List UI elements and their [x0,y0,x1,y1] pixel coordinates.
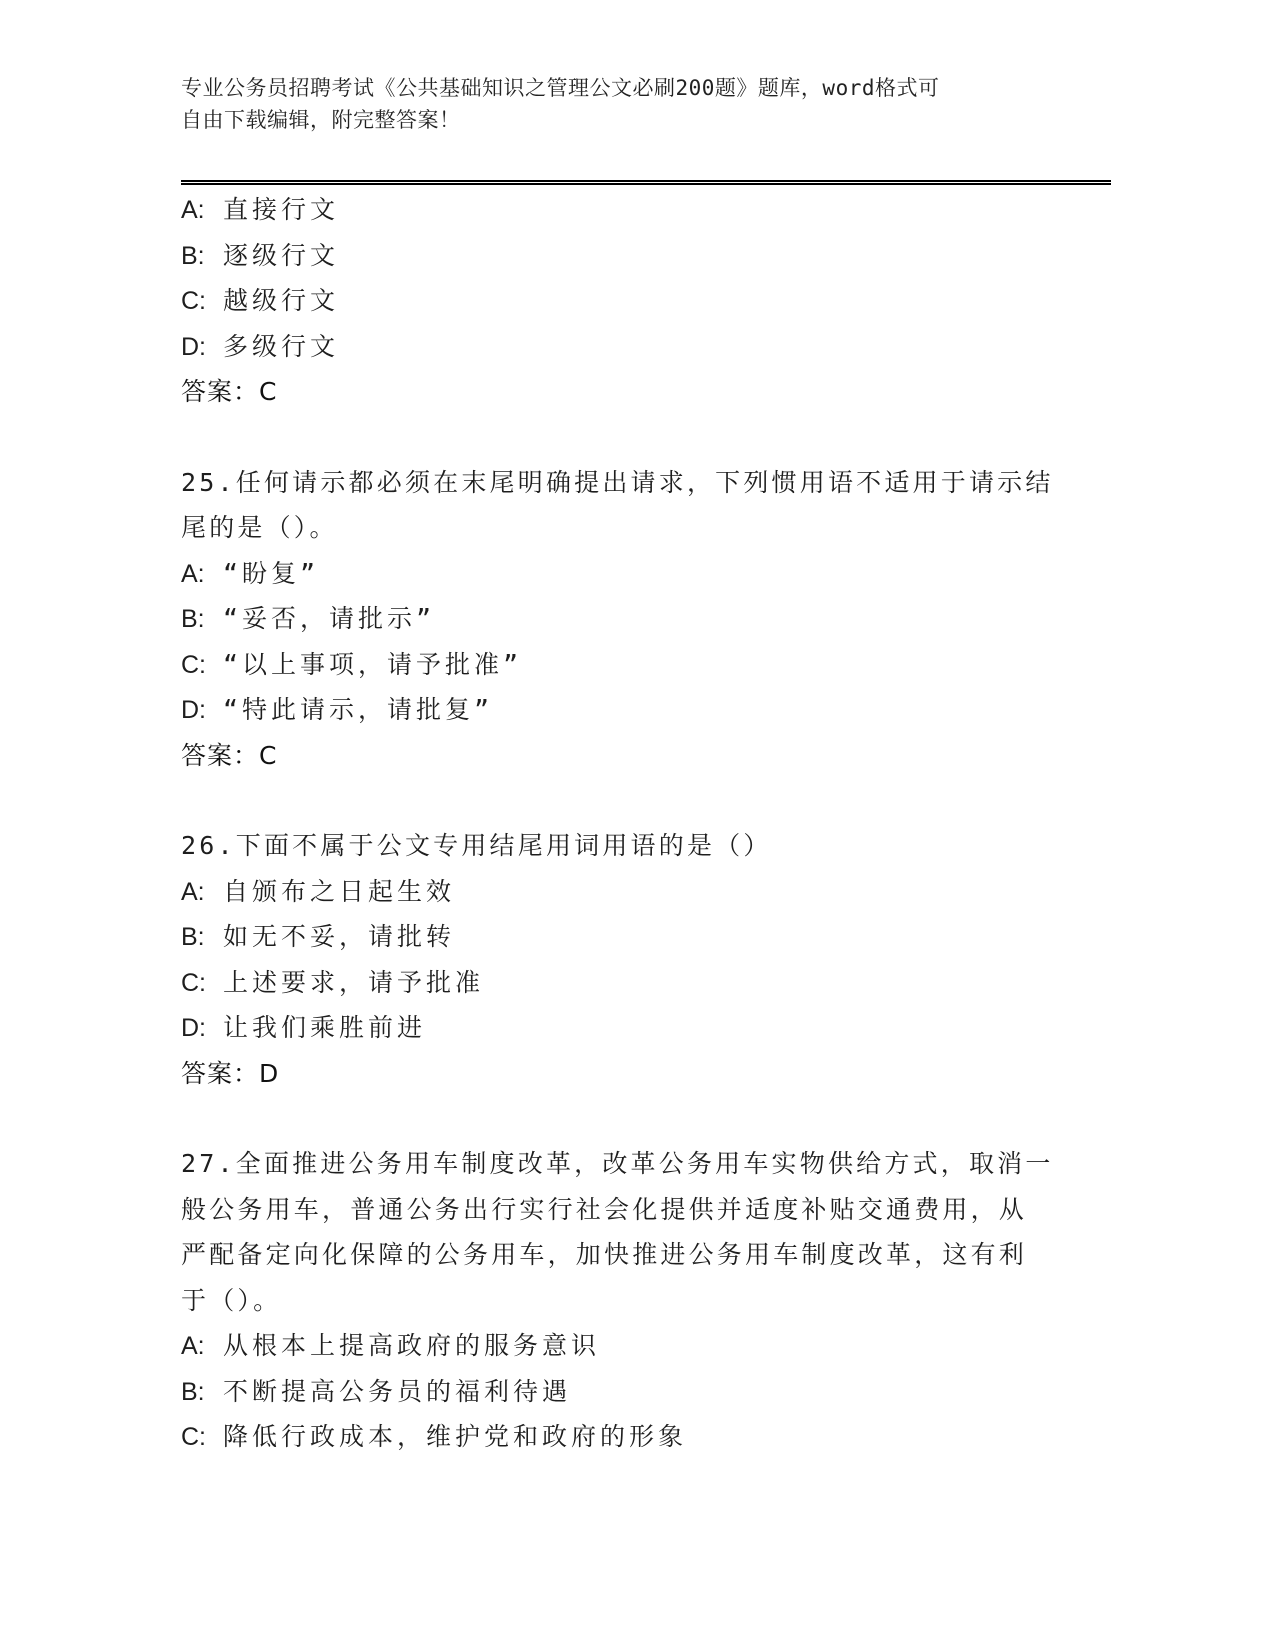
spacer [181,778,1061,823]
option-text: 让我们乘胜前进 [223,1013,426,1042]
option-d: D:让我们乘胜前进 [181,1005,1061,1051]
option-b: B:逐级行文 [181,233,1061,279]
option-text: 自颁布之日起生效 [223,877,455,906]
document-header: 专业公务员招聘考试《公共基础知识之管理公文必刷200题》题库，word格式可 自… [181,72,1061,136]
question-stem: 般公务用车，普通公务出行实行社会化提供并适度补贴交通费用，从 [181,1187,1061,1233]
option-b: B:不断提高公务员的福利待遇 [181,1369,1061,1415]
question-stem: 26.下面不属于公文专用结尾用词用语的是（） [181,823,1061,869]
option-text: 上述要求，请予批准 [223,968,484,997]
option-text: “盼复” [223,559,319,588]
option-text: “妥否，请批示” [223,604,435,633]
option-letter: D: [181,688,223,734]
question-stem: 25.任何请示都必须在末尾明确提出请求，下列惯用语不适用于请示结 [181,460,1061,506]
option-c: C:上述要求，请予批准 [181,960,1061,1006]
option-letter: A: [181,188,223,234]
question-stem: 严配备定向化保障的公务用车，加快推进公务用车制度改革，这有利 [181,1232,1061,1278]
option-letter: C: [181,279,223,325]
option-b: B:如无不妥，请批转 [181,914,1061,960]
option-letter: A: [181,870,223,916]
option-text: 直接行文 [223,195,339,224]
document-body: A:直接行文 B:逐级行文 C:越级行文 D:多级行文 答案：C 25.任何请示… [181,187,1061,1460]
question-26: 26.下面不属于公文专用结尾用词用语的是（） A:自颁布之日起生效 B:如无不妥… [181,823,1061,1096]
header-double-rule [181,180,1111,185]
option-letter: A: [181,552,223,598]
option-letter: B: [181,234,223,280]
answer-label: 答案：C [181,733,1061,779]
option-letter: C: [181,961,223,1007]
question-stem: 尾的是（）。 [181,505,1061,551]
option-a: A:自颁布之日起生效 [181,869,1061,915]
option-text: “特此请示，请批复” [223,695,493,724]
option-letter: B: [181,597,223,643]
option-text: 多级行文 [223,332,339,361]
question-stem: 于（）。 [181,1278,1061,1324]
answer-label: 答案：C [181,369,1061,415]
option-letter: B: [181,915,223,961]
question-27: 27.全面推进公务用车制度改革，改革公务用车实物供给方式，取消一 般公务用车，普… [181,1141,1061,1460]
question-stem: 27.全面推进公务用车制度改革，改革公务用车实物供给方式，取消一 [181,1141,1061,1187]
option-d: D:“特此请示，请批复” [181,687,1061,733]
option-c: C:“以上事项，请予批准” [181,642,1061,688]
spacer [181,415,1061,460]
option-c: C:越级行文 [181,278,1061,324]
header-line-2: 自由下载编辑，附完整答案！ [181,104,1061,136]
question-24-continued: A:直接行文 B:逐级行文 C:越级行文 D:多级行文 答案：C [181,187,1061,415]
answer-label: 答案：D [181,1051,1061,1097]
option-letter: D: [181,1006,223,1052]
option-c: C:降低行政成本，维护党和政府的形象 [181,1414,1061,1460]
option-letter: A: [181,1324,223,1370]
header-line-1: 专业公务员招聘考试《公共基础知识之管理公文必刷200题》题库，word格式可 [181,72,1061,104]
option-text: 越级行文 [223,286,339,315]
option-a: A:直接行文 [181,187,1061,233]
question-25: 25.任何请示都必须在末尾明确提出请求，下列惯用语不适用于请示结 尾的是（）。 … [181,460,1061,779]
spacer [181,1096,1061,1141]
option-text: 不断提高公务员的福利待遇 [223,1377,571,1406]
option-text: “以上事项，请予批准” [223,650,522,679]
option-text: 降低行政成本，维护党和政府的形象 [223,1422,687,1451]
option-letter: B: [181,1370,223,1416]
option-b: B:“妥否，请批示” [181,596,1061,642]
option-text: 如无不妥，请批转 [223,922,455,951]
option-letter: C: [181,643,223,689]
option-a: A:从根本上提高政府的服务意识 [181,1323,1061,1369]
option-letter: C: [181,1415,223,1461]
option-text: 从根本上提高政府的服务意识 [223,1331,600,1360]
option-d: D:多级行文 [181,324,1061,370]
option-a: A:“盼复” [181,551,1061,597]
option-letter: D: [181,325,223,371]
option-text: 逐级行文 [223,241,339,270]
